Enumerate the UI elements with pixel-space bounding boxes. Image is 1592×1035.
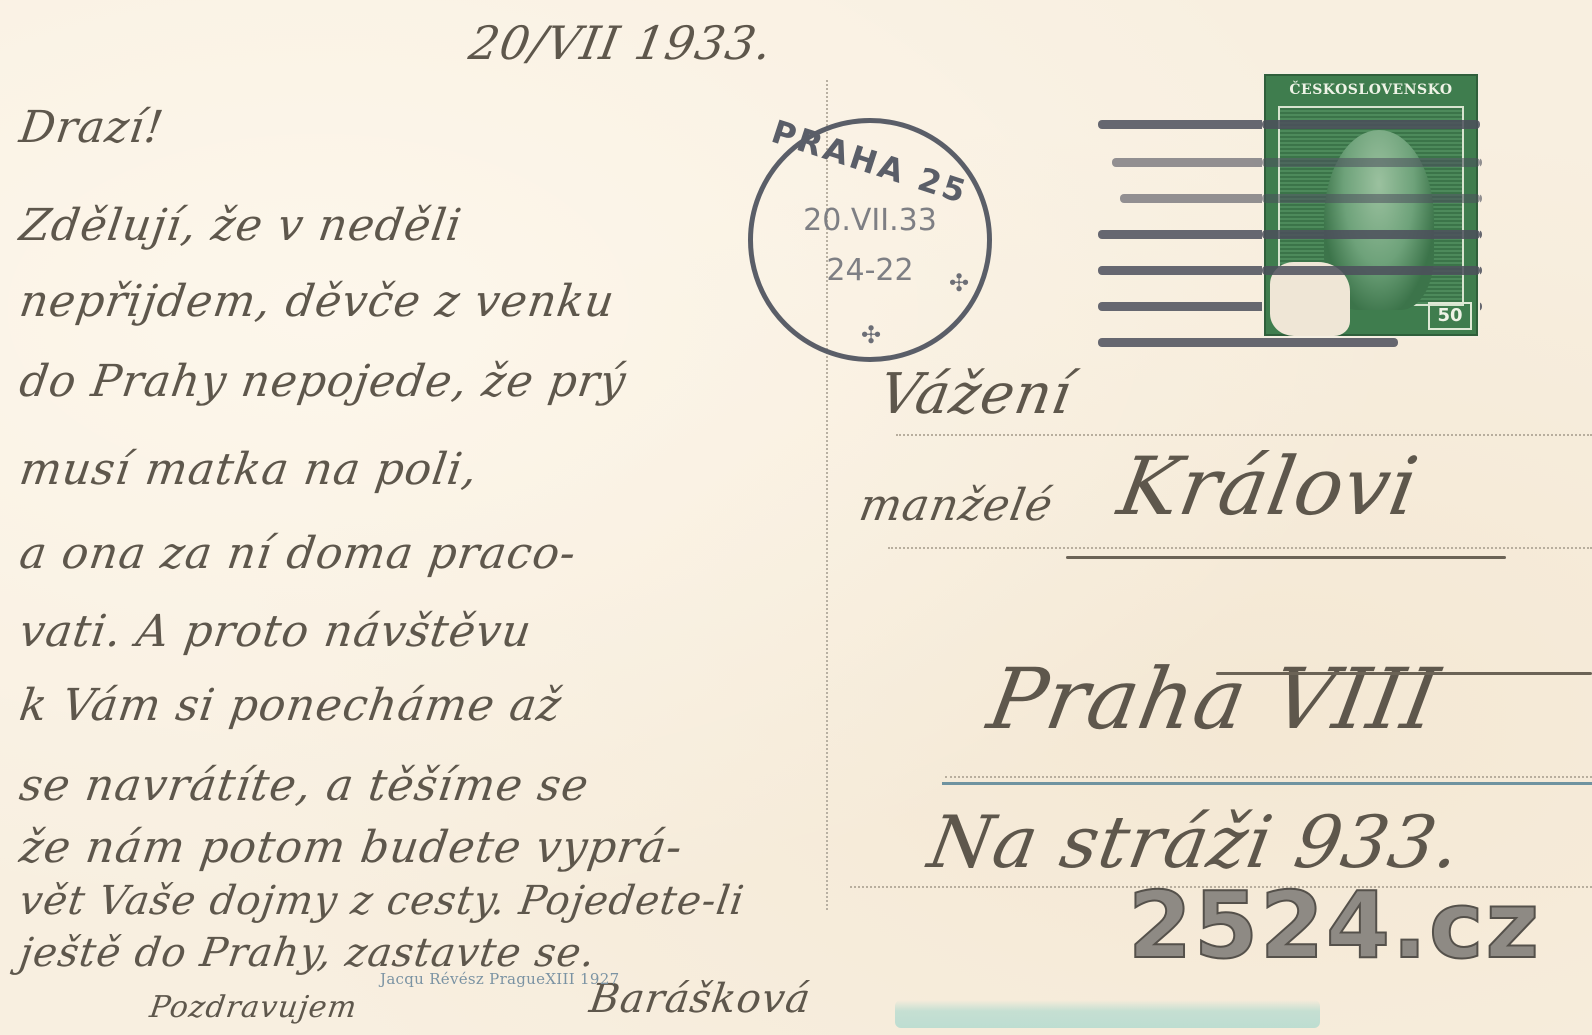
message-line: Drazí!: [16, 102, 167, 153]
address-salutation: Vážení: [874, 362, 1077, 427]
ink-smudge: [895, 1000, 1320, 1028]
site-watermark: 2524.cz: [1128, 872, 1541, 979]
name-underline: [1066, 556, 1506, 559]
address-rule: [945, 776, 1592, 778]
cancel-bar: [1262, 120, 1480, 129]
postmark-date: 20.VII.33: [753, 203, 987, 238]
message-line: vati. A proto návštěvu: [16, 606, 535, 657]
address-blue-rule: [942, 782, 1592, 785]
cancel-bar: [1262, 230, 1480, 239]
address-rule: [896, 434, 1592, 436]
cancel-bar: [1262, 158, 1480, 167]
message-line: k Vám si ponecháme až: [16, 680, 565, 731]
message-line: vět Vaše dojmy z cesty. Pojedete-li: [17, 878, 748, 924]
cancel-bar: [1262, 266, 1480, 275]
message-line: se navrátíte, a těšíme se: [16, 760, 592, 811]
printer-imprint: Jacqu Révész PragueXIII 1927: [380, 970, 619, 988]
postmark: PRAHA 25 20.VII.33 24-22 ✣ ✣: [748, 118, 992, 362]
address-prefix: manželé: [856, 480, 1058, 531]
date-written: 20/VII 1933.: [465, 16, 776, 70]
closing-greeting: Pozdravujem: [148, 990, 360, 1025]
postage-stamp: ČESKOSLOVENSKO 50: [1262, 72, 1480, 338]
cancel-bar: [1098, 338, 1398, 347]
address-name: Královi: [1112, 440, 1426, 533]
message-line: Zdělují, že v neděli: [16, 200, 465, 251]
address-rule: [888, 547, 1592, 549]
message-line: že nám potom budete vyprá-: [16, 822, 686, 873]
stamp-country: ČESKOSLOVENSKO: [1270, 79, 1472, 101]
postmark-star-icon: ✣: [949, 269, 969, 297]
postmark-star-icon: ✣: [861, 321, 881, 349]
message-line: nepřijdem, děvče z venku: [16, 276, 617, 327]
city-overline: [1216, 672, 1592, 675]
address-city: Praha VIII: [981, 650, 1446, 748]
message-line: musí matka na poli,: [16, 444, 481, 495]
message-line: a ona za ní doma praco-: [16, 528, 579, 579]
message-line: do Prahy nepojede, že prý: [16, 356, 629, 407]
postmark-city: PRAHA 25: [753, 108, 987, 216]
cancel-bar: [1262, 194, 1480, 203]
signature: Barášková: [587, 976, 814, 1022]
stamp-value: 50: [1428, 302, 1472, 330]
